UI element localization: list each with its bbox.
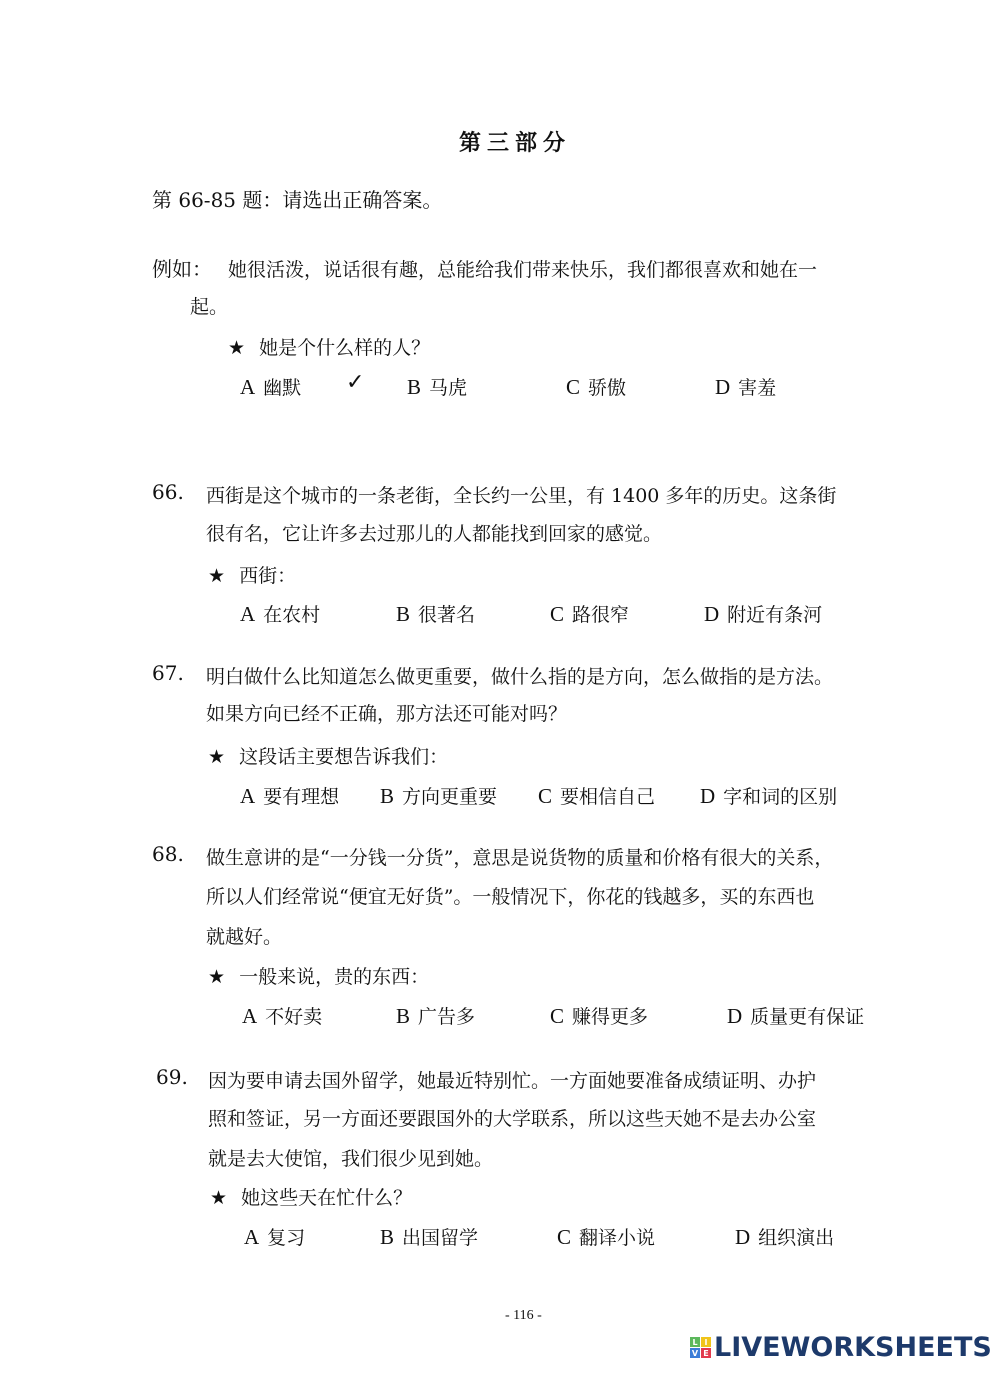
option-b[interactable]: B出国留学 <box>380 1223 478 1250</box>
example-question: ★ 她是个什么样的人？ <box>228 333 430 360</box>
example-option-d[interactable]: D害羞 <box>715 373 776 400</box>
passage-line: 就越好。 <box>206 922 282 949</box>
logo-tile: V <box>690 1348 700 1358</box>
option-d[interactable]: D组织演出 <box>735 1223 834 1250</box>
example-passage-line: 起。 <box>190 292 228 319</box>
logo-tile: L <box>690 1337 700 1347</box>
option-a[interactable]: A复习 <box>244 1223 305 1250</box>
star-icon: ★ <box>208 746 225 768</box>
option-b[interactable]: B广告多 <box>396 1002 475 1029</box>
option-a[interactable]: A在农村 <box>240 600 320 627</box>
example-option-b[interactable]: B马虎 <box>407 373 467 400</box>
passage-line: 如果方向已经不正确，那方法还可能对吗？ <box>206 699 567 726</box>
passage-line: 照和签证，另一方面还要跟国外的大学联系，所以这些天她不是去办公室 <box>208 1104 816 1131</box>
star-icon: ★ <box>208 966 225 988</box>
page-number: - 116 - <box>505 1308 542 1324</box>
section-title: 第三部分 <box>0 126 1000 157</box>
checkmark-icon: ✓ <box>346 370 364 395</box>
passage-line: 西街是这个城市的一条老街，全长约一公里，有 1400 多年的历史。这条街 <box>206 481 836 508</box>
star-icon: ★ <box>228 337 245 359</box>
star-icon: ★ <box>208 565 225 587</box>
option-c[interactable]: C赚得更多 <box>550 1002 648 1029</box>
example-label: 例如： <box>152 253 212 282</box>
option-b[interactable]: B方向更重要 <box>380 782 497 809</box>
logo-tiles-icon: L I V E <box>690 1337 711 1358</box>
question-number: 67. <box>152 661 184 685</box>
question-number: 66. <box>152 480 184 504</box>
passage-line: 明白做什么比知道怎么做更重要，做什么指的是方向，怎么做指的是方法。 <box>206 662 833 689</box>
passage-line: 很有名，它让许多去过那儿的人都能找到回家的感觉。 <box>206 519 662 546</box>
option-d[interactable]: D质量更有保证 <box>727 1002 864 1029</box>
question-number: 68. <box>152 842 184 866</box>
logo-tile: E <box>701 1348 711 1358</box>
option-a[interactable]: A不好卖 <box>242 1002 322 1029</box>
question-prompt: ★ 她这些天在忙什么？ <box>210 1183 412 1210</box>
question-prompt: ★ 西街： <box>208 561 296 588</box>
option-c[interactable]: C翻译小说 <box>557 1223 655 1250</box>
option-d[interactable]: D附近有条河 <box>704 600 822 627</box>
star-icon: ★ <box>210 1187 227 1209</box>
example-passage-line: 她很活泼，说话很有趣，总能给我们带来快乐，我们都很喜欢和她在一 <box>228 255 817 282</box>
passage-line: 做生意讲的是“一分钱一分货”，意思是说货物的质量和价格有很大的关系， <box>206 843 833 870</box>
passage-line: 就是去大使馆，我们很少见到她。 <box>208 1144 493 1171</box>
passage-line: 因为要申请去国外留学，她最近特别忙。一方面她要准备成绩证明、办护 <box>208 1066 816 1093</box>
example-option-c[interactable]: C骄傲 <box>566 373 626 400</box>
logo-wordmark: LIVEWORKSHEETS <box>714 1332 992 1363</box>
option-b[interactable]: B很著名 <box>396 600 475 627</box>
liveworksheets-logo[interactable]: L I V E LIVEWORKSHEETS <box>690 1332 992 1363</box>
question-text: 她是个什么样的人？ <box>259 337 430 359</box>
passage-line: 所以人们经常说“便宜无好货”。一般情况下，你花的钱越多，买的东西也 <box>206 882 814 909</box>
option-a[interactable]: A要有理想 <box>240 782 339 809</box>
option-c[interactable]: C路很窄 <box>550 600 629 627</box>
question-number: 69. <box>156 1065 188 1089</box>
instructions: 第 66-85 题：请选出正确答案。 <box>152 184 442 213</box>
logo-tile: I <box>701 1337 711 1347</box>
question-prompt: ★ 这段话主要想告诉我们： <box>208 742 448 769</box>
option-d[interactable]: D字和词的区别 <box>700 782 837 809</box>
option-c[interactable]: C要相信自己 <box>538 782 655 809</box>
question-prompt: ★ 一般来说，贵的东西： <box>208 962 429 989</box>
example-option-a[interactable]: A幽默 <box>240 373 301 400</box>
